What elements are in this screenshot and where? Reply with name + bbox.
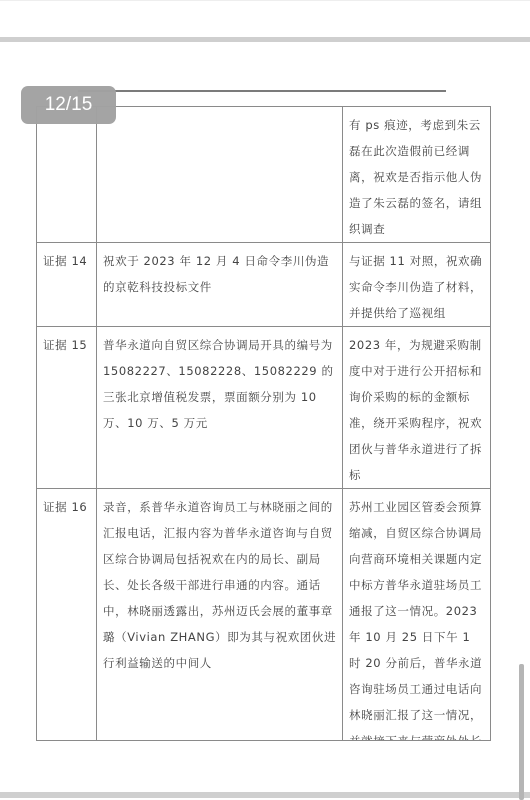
evidence-label-cell: 证据 16 [37,489,97,741]
evidence-table: 有 ps 痕迹，考虑到朱云磊在此次造假前已经调离，祝欢是否指示他人伪造了朱云磊的… [36,106,491,741]
page-separator-bottom [0,792,530,798]
evidence-content-cell: 录音，系普华永道咨询员工与林晓丽之间的汇报电话，汇报内容为普华永道咨询与自贸区综… [97,489,343,741]
evidence-analysis-cell: 有 ps 痕迹，考虑到朱云磊在此次造假前已经调离，祝欢是否指示他人伪造了朱云磊的… [343,107,491,243]
evidence-analysis-cell: 苏州工业园区管委会预算缩减，自贸区综合协调局向营商环境相关课题内定中标方普华永道… [343,489,491,741]
evidence-label-cell: 证据 14 [37,243,97,327]
page-indicator-text: 12/15 [45,94,93,116]
vertical-scrollbar[interactable] [519,664,524,800]
evidence-content-cell: 普华永道向自贸区综合协调局开具的编号为 15082227、15082228、15… [97,327,343,489]
table-row: 证据 15 普华永道向自贸区综合协调局开具的编号为 15082227、15082… [37,327,491,489]
table-row: 有 ps 痕迹，考虑到朱云磊在此次造假前已经调离，祝欢是否指示他人伪造了朱云磊的… [37,107,491,243]
top-edge [0,0,530,1]
evidence-label-cell [37,107,97,243]
page-separator-top [0,37,530,42]
evidence-analysis-cell: 2023 年，为规避采购制度中对于进行公开招标和询价采购的标的金额标准，绕开采购… [343,327,491,489]
evidence-content-cell: 祝欢于 2023 年 12 月 4 日命令李川伪造的京乾科技投标文件 [97,243,343,327]
table-row: 证据 16 录音，系普华永道咨询员工与林晓丽之间的汇报电话，汇报内容为普华永道咨… [37,489,491,741]
evidence-label-cell: 证据 15 [37,327,97,489]
page-indicator: 12/15 [21,86,116,124]
evidence-analysis-cell: 与证据 11 对照，祝欢确实命令李川伪造了材料，并提供给了巡视组 [343,243,491,327]
table-row: 证据 14 祝欢于 2023 年 12 月 4 日命令李川伪造的京乾科技投标文件… [37,243,491,327]
page-header-rule [78,90,446,92]
evidence-content-cell [97,107,343,243]
